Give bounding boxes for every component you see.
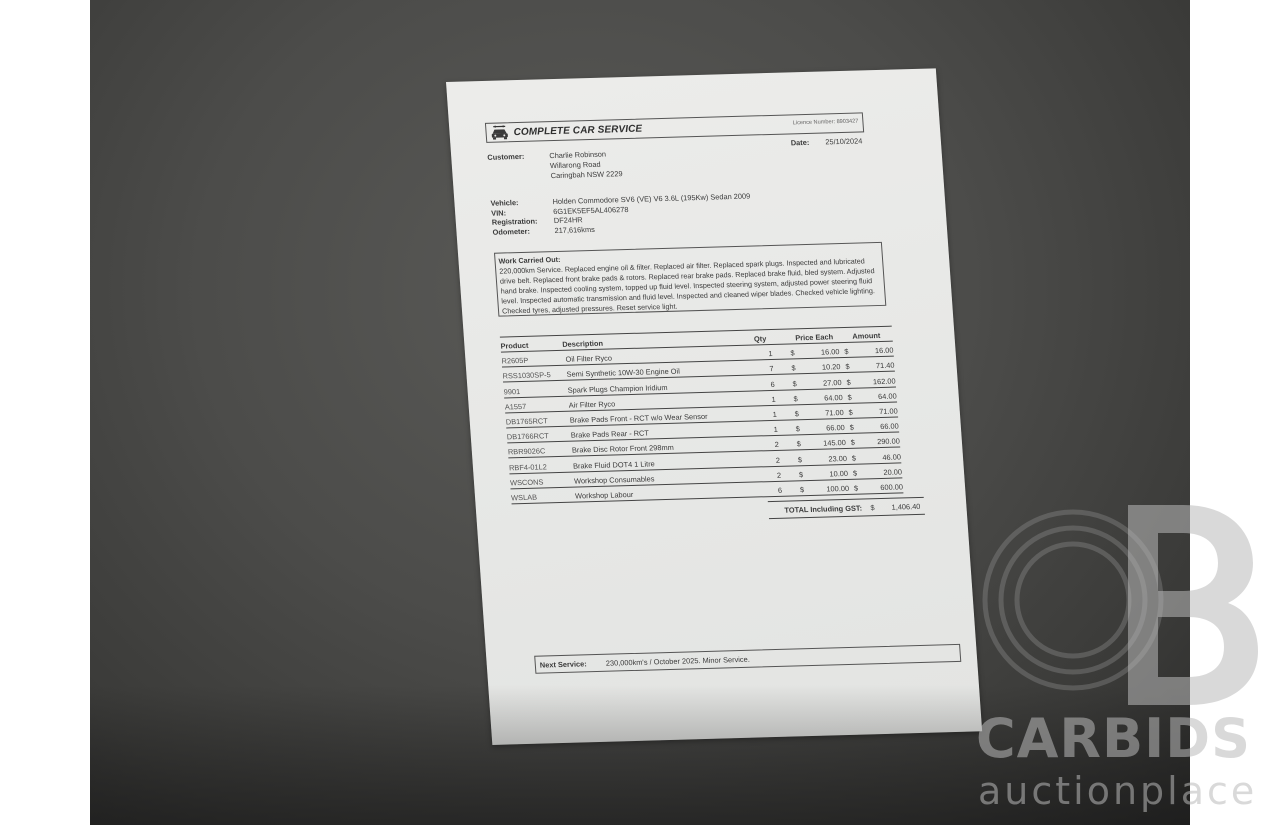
amount-currency: $ [849, 483, 864, 492]
product-code: R2605P [501, 355, 566, 366]
watermark-word: CARBIDS [976, 712, 1251, 766]
product-code: A1557 [504, 400, 569, 411]
amount: 600.00 [863, 482, 904, 492]
price-each: 16.00 [799, 347, 840, 357]
quantity: 6 [765, 485, 796, 495]
amount-currency: $ [847, 453, 862, 462]
quantity: 1 [758, 394, 789, 404]
price-each: 66.00 [804, 423, 845, 433]
quantity: 7 [756, 364, 787, 374]
customer-suburb: Caringbah NSW 2229 [550, 169, 623, 181]
customer-label: Customer: [487, 152, 525, 162]
quantity: 6 [757, 379, 788, 389]
next-service-label: Next Service: [540, 658, 607, 669]
price-each: 64.00 [802, 393, 843, 403]
invoice-total: TOTAL Including GST: $ 1,406.40 [768, 497, 925, 519]
watermark-sub: auctionplace [978, 772, 1257, 810]
line-items-table: Product Description Qty Price Each Amoun… [500, 326, 904, 505]
work-carried-out-box: Work Carried Out: 220,000km Service. Rep… [494, 242, 886, 317]
amount-currency: $ [839, 347, 854, 356]
licence-number: Licence Number: 8903427 [793, 119, 859, 127]
amount-currency: $ [848, 468, 863, 477]
licence-label: Licence Number: [793, 119, 836, 126]
next-service-value: 230,000km's / October 2025. Minor Servic… [605, 654, 750, 667]
amount: 71.00 [857, 406, 898, 416]
odometer-value: 217,616kms [554, 224, 595, 234]
price-each: 10.20 [800, 362, 841, 372]
col-qty: Qty [745, 334, 775, 344]
customer-address: Charlie Robinson Willarong Road Caringba… [549, 149, 623, 180]
price-each: 10.00 [808, 469, 849, 479]
price-currency: $ [788, 394, 803, 403]
product-code: 9901 [503, 385, 568, 396]
amount-currency: $ [842, 392, 857, 401]
amount: 66.00 [858, 422, 899, 432]
price-currency: $ [789, 409, 804, 418]
price-each: 27.00 [801, 378, 842, 388]
date-value: 25/10/2024 [825, 136, 863, 146]
amount: 290.00 [859, 437, 900, 447]
amount: 71.40 [854, 361, 895, 371]
date-label: Date: [790, 138, 809, 148]
table-body: R2605POil Filter Ryco1$16.00$16.00RSS103… [501, 342, 903, 505]
photo-background: COMPLETE CAR SERVICE Licence Number: 890… [90, 0, 1190, 825]
amount: 162.00 [855, 376, 896, 386]
quantity: 2 [764, 470, 795, 480]
price-currency: $ [786, 364, 801, 373]
amount: 16.00 [853, 346, 894, 356]
total-currency: $ [870, 502, 885, 511]
price-currency: $ [792, 439, 807, 448]
odometer-label: Odometer: [492, 226, 555, 237]
vehicle-details: Vehicle:Holden Commodore SV6 (VE) V6 3.6… [490, 192, 752, 237]
car-service-icon [490, 125, 509, 139]
price-each: 23.00 [807, 453, 848, 463]
product-description: Workshop Labour [575, 486, 766, 500]
product-code: WSCONS [510, 476, 575, 487]
price-each: 100.00 [809, 484, 850, 494]
price-each: 71.00 [803, 408, 844, 418]
product-code: RBF4-01L2 [509, 461, 574, 472]
price-currency: $ [794, 470, 809, 479]
price-currency: $ [787, 379, 802, 388]
quantity: 1 [760, 425, 791, 435]
price-currency: $ [785, 348, 800, 357]
amount-currency: $ [841, 377, 856, 386]
service-invoice-sheet: COMPLETE CAR SERVICE Licence Number: 890… [446, 68, 982, 745]
vin-value: 6G1EK5EF5AL406278 [553, 204, 629, 215]
price-currency: $ [795, 485, 810, 494]
amount-currency: $ [843, 408, 858, 417]
quantity: 1 [755, 349, 786, 359]
amount: 46.00 [861, 452, 902, 462]
product-code: RSS1030SP-5 [502, 370, 567, 381]
amount-currency: $ [845, 438, 860, 447]
quantity: 1 [759, 409, 790, 419]
licence-value: 8903427 [836, 119, 858, 126]
business-name: COMPLETE CAR SERVICE [513, 123, 642, 138]
product-code: WSLAB [511, 491, 576, 502]
invoice-date: Date: 25/10/2024 [790, 136, 862, 147]
amount-currency: $ [844, 423, 859, 432]
product-code: RBR9026C [508, 446, 573, 457]
total-label: TOTAL Including GST: [784, 503, 871, 514]
col-price-each: Price Each [788, 332, 841, 342]
next-service-box: Next Service: 230,000km's / October 2025… [534, 644, 961, 674]
amount: 64.00 [856, 391, 897, 401]
col-amount: Amount [840, 331, 893, 341]
price-currency: $ [790, 424, 805, 433]
total-value: 1,406.40 [884, 501, 921, 511]
amount-currency: $ [840, 362, 855, 371]
quantity: 2 [762, 440, 793, 450]
amount: 20.00 [862, 467, 903, 477]
col-product: Product [500, 340, 562, 351]
registration-value: DF24HR [554, 215, 583, 225]
price-currency: $ [793, 455, 808, 464]
price-each: 145.00 [806, 438, 847, 448]
product-code: DB1766RCT [507, 431, 572, 442]
work-text: 220,000km Service. Replaced engine oil &… [499, 256, 882, 317]
quantity: 2 [763, 455, 794, 465]
product-code: DB1765RCT [506, 416, 571, 427]
